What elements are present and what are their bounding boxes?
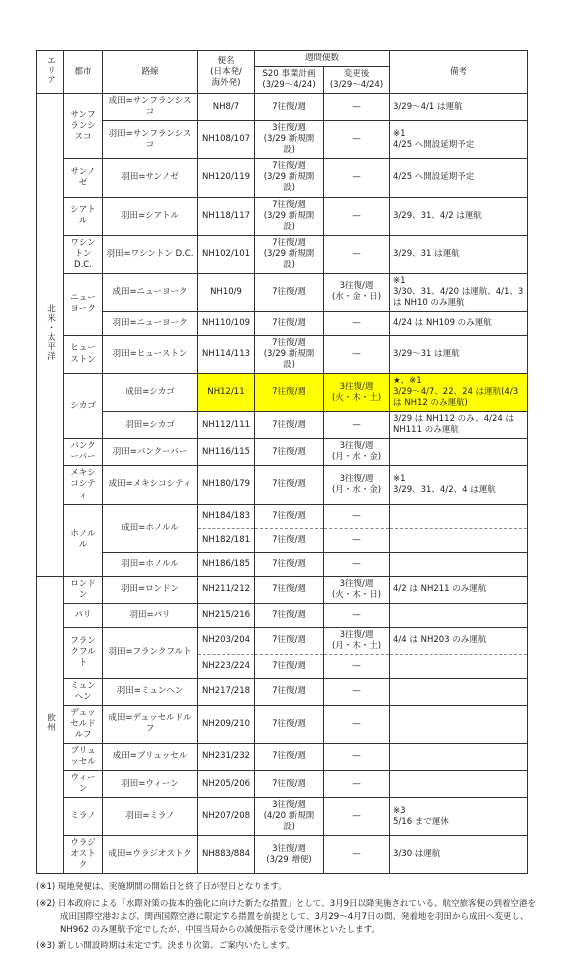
cell-city: サンノゼ bbox=[64, 159, 103, 197]
table-row: ミラノ羽田=ミラノNH207/2083往復/週 (4/20 新規開設)—※3 5… bbox=[37, 798, 528, 836]
cell-flight: NH211/212 bbox=[198, 576, 255, 603]
document-page: エリア 都市 路線 便名 (日本発/ 海外発) 週間便数 備考 S20 事業計画… bbox=[0, 0, 566, 800]
table-row: パリ羽田=パリNH215/2167往復/週— bbox=[37, 603, 528, 627]
cell-route: 羽田=ワシントン D.C. bbox=[103, 235, 198, 273]
cell-planned: 7往復/週 bbox=[255, 743, 324, 770]
cell-city: ヒューストン bbox=[64, 335, 103, 373]
cell-route: 羽田=フランクフルト bbox=[103, 627, 198, 678]
cell-changed: — bbox=[324, 412, 390, 439]
cell-planned: 7往復/週 bbox=[255, 374, 324, 412]
cell-remarks: ※3 5/16 まで運休 bbox=[390, 798, 528, 836]
header-remarks: 備考 bbox=[390, 51, 528, 94]
cell-remarks: 4/2 は NH211 のみ運航 bbox=[390, 576, 528, 603]
table-row: ヒューストン羽田=ヒューストンNH114/1137往復/週 (3/29 新規開設… bbox=[37, 335, 528, 373]
cell-remarks: ※1 4/25 へ開設延期予定 bbox=[390, 121, 528, 159]
cell-city: ワシントン D.C. bbox=[64, 235, 103, 273]
table-row: シアトル羽田=シアトルNH118/1177往復/週 (3/29 新規開設)—3/… bbox=[37, 197, 528, 235]
cell-changed: — bbox=[324, 504, 390, 528]
cell-planned: 7往復/週 bbox=[255, 552, 324, 576]
cell-route: 羽田=サンフランシスコ bbox=[103, 121, 198, 159]
cell-route: 羽田=ミュンヘン bbox=[103, 678, 198, 705]
cell-changed: — bbox=[324, 94, 390, 121]
cell-changed: — bbox=[324, 552, 390, 576]
table-row: 北米・太平洋サンフランシスコ成田=サンフランシスコNH8/77往復/週—3/29… bbox=[37, 94, 528, 121]
header-area: エリア bbox=[37, 51, 64, 94]
cell-city: フランクフルト bbox=[64, 627, 103, 678]
table-row: フランクフルト羽田=フランクフルトNH203/2047往復/週3往復/週 (月・… bbox=[37, 627, 528, 654]
cell-route: 羽田=バンクーバー bbox=[103, 439, 198, 466]
cell-route: 成田=メキシコシティ bbox=[103, 466, 198, 504]
cell-remarks bbox=[390, 743, 528, 770]
cell-city: ミラノ bbox=[64, 798, 103, 836]
cell-planned: 7往復/週 bbox=[255, 412, 324, 439]
cell-route: 成田=デュッセルドルフ bbox=[103, 705, 198, 743]
cell-flight: NH215/216 bbox=[198, 603, 255, 627]
cell-changed: — bbox=[324, 654, 390, 678]
cell-flight: NH108/107 bbox=[198, 121, 255, 159]
cell-planned: 7往復/週 bbox=[255, 466, 324, 504]
cell-changed: 3往復/週 (月・木・土) bbox=[324, 627, 390, 654]
header-weekly-frequency: 週間便数 bbox=[255, 51, 390, 67]
cell-planned: 7往復/週 bbox=[255, 654, 324, 678]
table-row: 羽田=シカゴNH112/1117往復/週—3/29 は NH112 のみ、4/2… bbox=[37, 412, 528, 439]
table-row: バンクーバー羽田=バンクーバーNH116/1157往復/週3往復/週 (月・水・… bbox=[37, 439, 528, 466]
cell-route: 羽田=シアトル bbox=[103, 197, 198, 235]
cell-city: メキシコシティ bbox=[64, 466, 103, 504]
cell-planned: 7往復/週 bbox=[255, 678, 324, 705]
cell-remarks: 4/25 へ開設延期予定 bbox=[390, 159, 528, 197]
cell-remarks bbox=[390, 552, 528, 576]
area-label: 欧州 bbox=[44, 713, 55, 732]
cell-flight: NH10/9 bbox=[198, 273, 255, 311]
cell-flight: NH217/218 bbox=[198, 678, 255, 705]
cell-city: ニューヨーク bbox=[64, 273, 103, 335]
cell-remarks: 3/30 は運航 bbox=[390, 836, 528, 874]
header-flight-number: 便名 (日本発/ 海外発) bbox=[198, 51, 255, 94]
table-row: ホノルル成田=ホノルルNH184/1837往復/週— bbox=[37, 504, 528, 528]
cell-remarks bbox=[390, 504, 528, 528]
cell-route: 成田=シカゴ bbox=[103, 374, 198, 412]
cell-changed: — bbox=[324, 705, 390, 743]
cell-remarks bbox=[390, 528, 528, 552]
cell-remarks: ※1 3/29、31、4/2、4 は運航 bbox=[390, 466, 528, 504]
cell-planned: 7往復/週 bbox=[255, 528, 324, 552]
cell-changed: — bbox=[324, 197, 390, 235]
cell-flight: NH118/117 bbox=[198, 197, 255, 235]
cell-planned: 7往復/週 bbox=[255, 273, 324, 311]
cell-planned: 7往復/週 (3/29 新規開設) bbox=[255, 235, 324, 273]
cell-flight: NH12/11 bbox=[198, 374, 255, 412]
cell-remarks: 3/29 は NH112 のみ、4/24 は NH111 のみ運航 bbox=[390, 412, 528, 439]
cell-city: サンフランシスコ bbox=[64, 94, 103, 159]
cell-changed: 3往復/週 (火・木・土) bbox=[324, 374, 390, 412]
cell-flight: NH116/115 bbox=[198, 439, 255, 466]
cell-planned: 7往復/週 bbox=[255, 603, 324, 627]
header-route: 路線 bbox=[103, 51, 198, 94]
header-after-change: 変更後 (3/29～4/24) bbox=[324, 67, 390, 94]
cell-changed: — bbox=[324, 121, 390, 159]
cell-flight: NH120/119 bbox=[198, 159, 255, 197]
cell-planned: 3往復/週 (3/29 増便) bbox=[255, 836, 324, 874]
cell-flight: NH207/208 bbox=[198, 798, 255, 836]
cell-changed: — bbox=[324, 743, 390, 770]
cell-flight: NH102/101 bbox=[198, 235, 255, 273]
cell-planned: 7往復/週 bbox=[255, 771, 324, 798]
table-row: 羽田=サンフランシスコNH108/1073往復/週 (3/29 新規開設)—※1… bbox=[37, 121, 528, 159]
cell-flight: NH110/109 bbox=[198, 311, 255, 335]
cell-changed: — bbox=[324, 771, 390, 798]
cell-changed: — bbox=[324, 335, 390, 373]
cell-changed: — bbox=[324, 678, 390, 705]
cell-changed: — bbox=[324, 311, 390, 335]
flight-schedule-table: エリア 都市 路線 便名 (日本発/ 海外発) 週間便数 備考 S20 事業計画… bbox=[36, 50, 528, 874]
cell-planned: 7往復/週 bbox=[255, 311, 324, 335]
cell-flight: NH112/111 bbox=[198, 412, 255, 439]
cell-changed: — bbox=[324, 235, 390, 273]
cell-city: シカゴ bbox=[64, 374, 103, 439]
cell-route: 羽田=ニューヨーク bbox=[103, 311, 198, 335]
cell-route: 成田=ウラジオストク bbox=[103, 836, 198, 874]
cell-planned: 7往復/週 bbox=[255, 627, 324, 654]
cell-remarks bbox=[390, 439, 528, 466]
cell-remarks: 3/29～4/1 は運航 bbox=[390, 94, 528, 121]
cell-route: 羽田=サンノゼ bbox=[103, 159, 198, 197]
cell-city: ロンドン bbox=[64, 576, 103, 603]
cell-area: 北米・太平洋 bbox=[37, 94, 64, 576]
cell-planned: 7往復/週 bbox=[255, 705, 324, 743]
area-label: 北米・太平洋 bbox=[44, 304, 55, 361]
cell-city: バンクーバー bbox=[64, 439, 103, 466]
cell-flight: NH231/232 bbox=[198, 743, 255, 770]
cell-planned: 7往復/週 bbox=[255, 94, 324, 121]
cell-flight: NH180/179 bbox=[198, 466, 255, 504]
table-row: ウラジオストク成田=ウラジオストクNH883/8843往復/週 (3/29 増便… bbox=[37, 836, 528, 874]
cell-city: ブリュッセル bbox=[64, 743, 103, 770]
cell-remarks: 3/29、31 は運航 bbox=[390, 235, 528, 273]
cell-city: ウラジオストク bbox=[64, 836, 103, 874]
footnote-1: (※1) 現地発便は、実施期間の開始日と終了日が翌日となります。 bbox=[36, 881, 538, 894]
cell-flight: NH184/183 bbox=[198, 504, 255, 528]
cell-remarks bbox=[390, 603, 528, 627]
cell-changed: — bbox=[324, 528, 390, 552]
table-row: ブリュッセル成田=ブリュッセルNH231/2327往復/週— bbox=[37, 743, 528, 770]
cell-route: 羽田=シカゴ bbox=[103, 412, 198, 439]
cell-remarks: 4/4 は NH203 のみ運航 bbox=[390, 627, 528, 654]
cell-city: ウィーン bbox=[64, 771, 103, 798]
cell-remarks bbox=[390, 678, 528, 705]
header-area-label: エリア bbox=[44, 56, 55, 85]
table-row: 羽田=ホノルルNH186/1857往復/週— bbox=[37, 552, 528, 576]
cell-route: 羽田=パリ bbox=[103, 603, 198, 627]
cell-flight: NH203/204 bbox=[198, 627, 255, 654]
header-city: 都市 bbox=[64, 51, 103, 94]
cell-changed: — bbox=[324, 798, 390, 836]
table-row: ウィーン羽田=ウィーンNH205/2067往復/週— bbox=[37, 771, 528, 798]
cell-remarks bbox=[390, 705, 528, 743]
cell-changed: 3往復/週 (月・水・金) bbox=[324, 466, 390, 504]
cell-route: 羽田=ウィーン bbox=[103, 771, 198, 798]
cell-area: 欧州 bbox=[37, 576, 64, 874]
cell-planned: 7往復/週 bbox=[255, 439, 324, 466]
cell-flight: NH182/181 bbox=[198, 528, 255, 552]
cell-planned: 7往復/週 (3/29 新規開設) bbox=[255, 159, 324, 197]
cell-route: 成田=ニューヨーク bbox=[103, 273, 198, 311]
cell-route: 羽田=ホノルル bbox=[103, 552, 198, 576]
cell-changed: — bbox=[324, 836, 390, 874]
cell-flight: NH883/884 bbox=[198, 836, 255, 874]
cell-planned: 3往復/週 (3/29 新規開設) bbox=[255, 121, 324, 159]
cell-route: 成田=ホノルル bbox=[103, 504, 198, 552]
table-body: 北米・太平洋サンフランシスコ成田=サンフランシスコNH8/77往復/週—3/29… bbox=[37, 94, 528, 874]
footnote-3: (※3) 新しい開設時期は未定です。決まり次第、ご案内いたします。 bbox=[36, 940, 538, 953]
table-row: 羽田=ニューヨークNH110/1097往復/週—4/24 は NH109 のみ運… bbox=[37, 311, 528, 335]
cell-changed: 3往復/週 (火・木・日) bbox=[324, 576, 390, 603]
table-header: エリア 都市 路線 便名 (日本発/ 海外発) 週間便数 備考 S20 事業計画… bbox=[37, 51, 528, 94]
table-row: サンノゼ羽田=サンノゼNH120/1197往復/週 (3/29 新規開設)—4/… bbox=[37, 159, 528, 197]
cell-changed: — bbox=[324, 603, 390, 627]
cell-planned: 7往復/週 bbox=[255, 576, 324, 603]
footnotes: (※1) 現地発便は、実施期間の開始日と終了日が翌日となります。 (※2) 日本… bbox=[36, 881, 538, 953]
cell-planned: 3往復/週 (4/20 新規開設) bbox=[255, 798, 324, 836]
table-row: ミュンヘン羽田=ミュンヘンNH217/2187往復/週— bbox=[37, 678, 528, 705]
cell-city: ミュンヘン bbox=[64, 678, 103, 705]
cell-route: 羽田=ヒューストン bbox=[103, 335, 198, 373]
cell-remarks: 3/29～31 は運航 bbox=[390, 335, 528, 373]
table-row: ニューヨーク成田=ニューヨークNH10/97往復/週3往復/週 (水・金・日)※… bbox=[37, 273, 528, 311]
cell-city: シアトル bbox=[64, 197, 103, 235]
cell-planned: 7往復/週 (3/29 新規開設) bbox=[255, 197, 324, 235]
cell-city: デュッセルドルフ bbox=[64, 705, 103, 743]
cell-route: 羽田=ロンドン bbox=[103, 576, 198, 603]
header-s20-plan: S20 事業計画 (3/29～4/24) bbox=[255, 67, 324, 94]
table-row: デュッセルドルフ成田=デュッセルドルフNH209/2107往復/週— bbox=[37, 705, 528, 743]
table-row: シカゴ成田=シカゴNH12/117往復/週3往復/週 (火・木・土)★、※1 3… bbox=[37, 374, 528, 412]
footnote-2: (※2) 日本政府による「水際対策の抜本的強化に向けた新たな措置」として、3月9… bbox=[36, 898, 538, 938]
cell-flight: NH186/185 bbox=[198, 552, 255, 576]
cell-remarks: ★、※1 3/29～4/7、22、24 は運航(4/3 は NH12 のみ運航) bbox=[390, 374, 528, 412]
cell-changed: 3往復/週 (水・金・日) bbox=[324, 273, 390, 311]
cell-city: パリ bbox=[64, 603, 103, 627]
cell-flight: NH209/210 bbox=[198, 705, 255, 743]
table-row: 欧州ロンドン羽田=ロンドンNH211/2127往復/週3往復/週 (火・木・日)… bbox=[37, 576, 528, 603]
cell-route: 成田=サンフランシスコ bbox=[103, 94, 198, 121]
cell-changed: — bbox=[324, 159, 390, 197]
cell-remarks: ※1 3/30、31、4/20 は運航、4/1、3 は NH10 のみ運航 bbox=[390, 273, 528, 311]
cell-route: 成田=ブリュッセル bbox=[103, 743, 198, 770]
table-row: ワシントン D.C.羽田=ワシントン D.C.NH102/1017往復/週 (3… bbox=[37, 235, 528, 273]
cell-remarks: 4/24 は NH109 のみ運航 bbox=[390, 311, 528, 335]
cell-flight: NH205/206 bbox=[198, 771, 255, 798]
cell-city: ホノルル bbox=[64, 504, 103, 576]
cell-changed: 3往復/週 (月・水・金) bbox=[324, 439, 390, 466]
cell-flight: NH223/224 bbox=[198, 654, 255, 678]
cell-remarks: 3/29、31、4/2 は運航 bbox=[390, 197, 528, 235]
cell-flight: NH114/113 bbox=[198, 335, 255, 373]
cell-planned: 7往復/週 bbox=[255, 504, 324, 528]
table-row: メキシコシティ成田=メキシコシティNH180/1797往復/週3往復/週 (月・… bbox=[37, 466, 528, 504]
cell-remarks bbox=[390, 771, 528, 798]
cell-route: 羽田=ミラノ bbox=[103, 798, 198, 836]
cell-flight: NH8/7 bbox=[198, 94, 255, 121]
cell-planned: 7往復/週 (3/29 新規開設) bbox=[255, 335, 324, 373]
cell-remarks bbox=[390, 654, 528, 678]
